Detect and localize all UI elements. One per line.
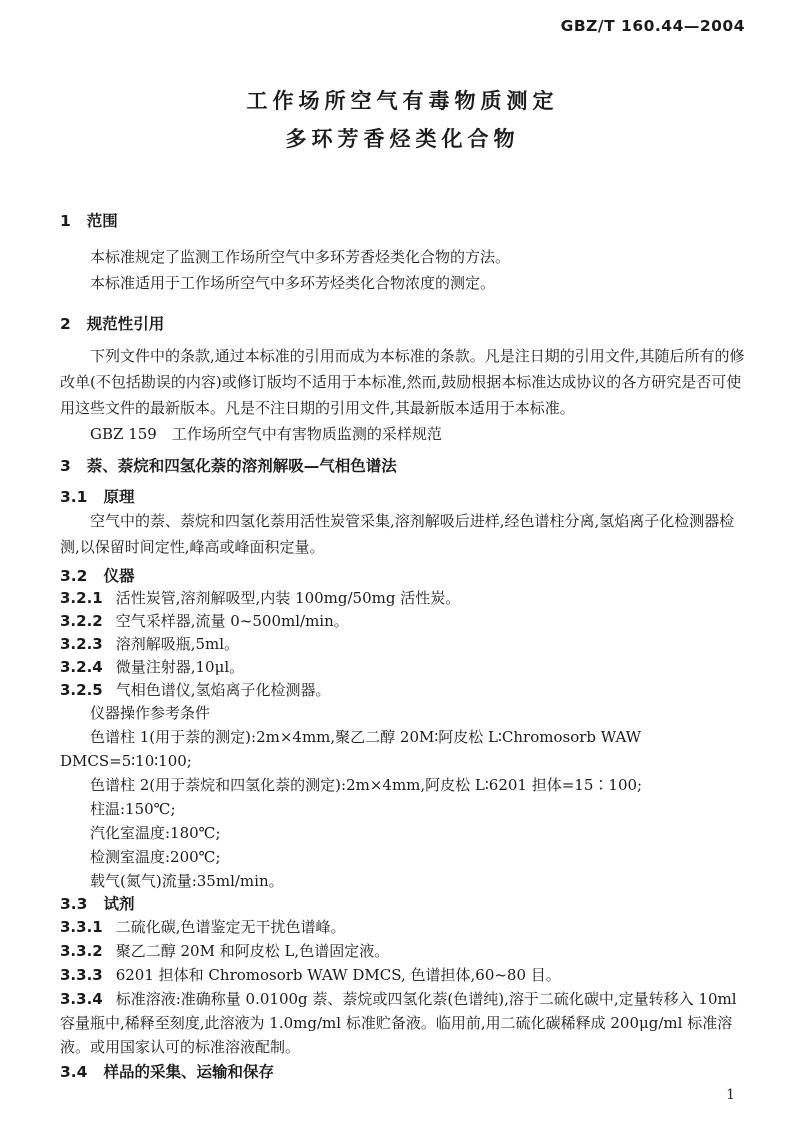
condition-line: 色谱柱 2(用于萘烷和四氢化萘的测定):2m×4mm,阿皮松 L∶6201 担体… [60,773,745,797]
page-content: GBZ/T 160.44—2004 工作场所空气有毒物质测定 多环芳香烃类化合物… [0,0,805,1083]
item-text: 聚乙二醇 20M 和阿皮松 L,色谱固定液。 [116,942,389,960]
section-2-title: 规范性引用 [87,315,165,333]
section-3-1-paragraph: 空气中的萘、萘烷和四氢化萘用活性炭管采集,溶剂解吸后进样,经色谱柱分离,氢焰离子… [60,508,745,560]
section-2-heading: 2规范性引用 [60,313,745,335]
section-3-number: 3 [60,457,71,475]
document-title-line1: 工作场所空气有毒物质测定 [60,82,745,120]
item-number: 3.3.1 [60,918,103,936]
item-number: 3.3.2 [60,942,103,960]
list-item: 3.3.1二硫化碳,色谱鉴定无干扰色谱峰。 [60,915,745,939]
item-number: 3.2.3 [60,635,103,653]
section-1-paragraph-1: 本标准规定了监测工作场所空气中多环芳香烃类化合物的方法。 [60,244,745,270]
item-text: 标准溶液:准确称量 0.0100g 萘、萘烷或四氢化萘(色谱纯),溶于二硫化碳中… [60,990,737,1056]
item-text: 气相色谱仪,氢焰离子化检测器。 [116,681,331,699]
list-item: 3.3.2聚乙二醇 20M 和阿皮松 L,色谱固定液。 [60,939,745,963]
item-number: 3.2.1 [60,589,103,607]
section-3-heading: 3萘、萘烷和四氢化萘的溶剂解吸—气相色谱法 [60,455,745,477]
list-item: 3.2.5气相色谱仪,氢焰离子化检测器。 [60,679,745,702]
section-3-3-heading: 3.3试剂 [60,893,745,915]
instrument-conditions-label: 仪器操作参考条件 [60,702,745,725]
section-2-number: 2 [60,315,71,333]
page-number: 1 [726,1086,735,1104]
standard-number: GBZ/T 160.44—2004 [60,16,745,36]
section-1-heading: 1范围 [60,210,745,232]
section-1-number: 1 [60,212,71,230]
section-3-3-number: 3.3 [60,895,87,913]
list-item: 3.2.3溶剂解吸瓶,5ml。 [60,633,745,656]
section-3-1-heading: 3.1原理 [60,486,745,508]
list-item: 3.3.4标准溶液:准确称量 0.0100g 萘、萘烷或四氢化萘(色谱纯),溶于… [60,987,745,1059]
section-3-1-number: 3.1 [60,488,87,506]
item-text: 空气采样器,流量 0~500ml/min。 [116,612,349,630]
document-title: 工作场所空气有毒物质测定 多环芳香烃类化合物 [60,82,745,158]
document-page: GBZ/T 160.44—2004 工作场所空气有毒物质测定 多环芳香烃类化合物… [0,0,805,1122]
list-item: 3.3.36201 担体和 Chromosorb WAW DMCS, 色谱担体,… [60,963,745,987]
condition-line: 载气(氮气)流量:35ml/min。 [60,869,745,893]
document-title-line2: 多环芳香烃类化合物 [60,120,745,158]
section-3-2-number: 3.2 [60,567,87,585]
item-number: 3.2.2 [60,612,103,630]
section-3-2-heading: 3.2仪器 [60,565,745,587]
list-item: 3.2.2空气采样器,流量 0~500ml/min。 [60,610,745,633]
condition-line: 汽化室温度:180℃; [60,821,745,845]
condition-line: 检测室温度:200℃; [60,845,745,869]
item-number: 3.3.3 [60,966,103,984]
section-3-4-heading: 3.4样品的采集、运输和保存 [60,1061,745,1083]
section-3-3-title: 试剂 [103,895,134,913]
section-1-paragraph-2: 本标准适用于工作场所空气中多环芳烃类化合物浓度的测定。 [60,270,745,296]
item-number: 3.3.4 [60,990,103,1008]
item-text: 活性炭管,溶剂解吸型,内装 100mg/50mg 活性炭。 [116,589,461,607]
section-2-reference: GBZ 159 工作场所空气中有害物质监测的采样规范 [60,421,745,447]
section-3-1-title: 原理 [103,488,134,506]
item-number: 3.2.5 [60,681,103,699]
section-3-4-title: 样品的采集、运输和保存 [103,1063,274,1081]
list-item: 3.2.1活性炭管,溶剂解吸型,内装 100mg/50mg 活性炭。 [60,587,745,610]
item-number: 3.2.4 [60,658,103,676]
section-3-4-number: 3.4 [60,1063,87,1081]
item-text: 微量注射器,10μl。 [116,658,244,676]
section-1-title: 范围 [87,212,118,230]
condition-line: 柱温:150℃; [60,797,745,821]
section-2-paragraph: 下列文件中的条款,通过本标准的引用而成为本标准的条款。凡是注日期的引用文件,其随… [60,343,745,421]
list-item: 3.2.4微量注射器,10μl。 [60,656,745,679]
item-text: 6201 担体和 Chromosorb WAW DMCS, 色谱担体,60~80… [116,966,561,984]
section-3-title: 萘、萘烷和四氢化萘的溶剂解吸—气相色谱法 [87,457,397,475]
item-text: 溶剂解吸瓶,5ml。 [116,635,239,653]
item-text: 二硫化碳,色谱鉴定无干扰色谱峰。 [116,918,346,936]
section-3-2-title: 仪器 [103,567,134,585]
condition-line: 色谱柱 1(用于萘的测定):2m×4mm,聚乙二醇 20M∶阿皮松 L∶Chro… [60,725,745,773]
